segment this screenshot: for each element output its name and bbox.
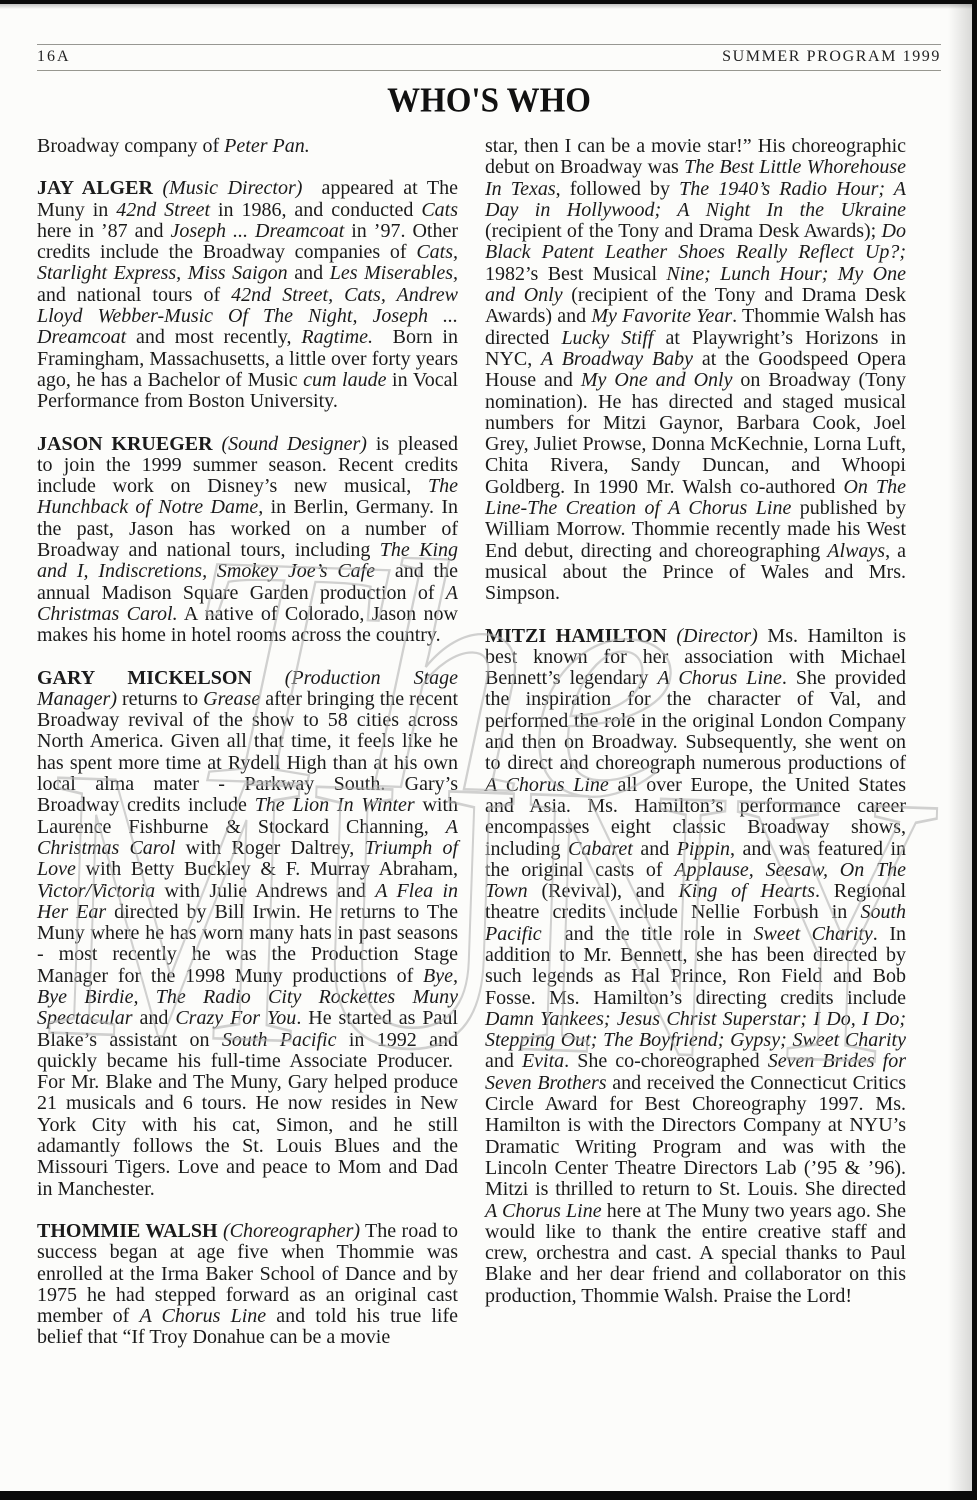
right-column: star, then I can be a movie star!” His c…: [485, 136, 906, 1307]
bio-paragraph: JAY ALGER (Music Director) appeared at T…: [37, 178, 458, 412]
page-number: 16A: [37, 48, 71, 66]
scan-edge-top: [0, 0, 977, 4]
scan-edge-bottom: [0, 1491, 977, 1500]
bio-paragraph: MITZI HAMILTON (Director) Ms. Hamilton i…: [485, 626, 906, 1308]
scan-shadow-top: [0, 4, 977, 9]
program-page: 16A SUMMER PROGRAM 1999 WHO'S WHO The MU…: [0, 0, 977, 1500]
bio-paragraph: Broadway company of Peter Pan.: [37, 136, 458, 157]
bio-paragraph: GARY MICKELSON (Production Stage Manager…: [37, 668, 458, 1200]
bio-paragraph: THOMMIE WALSH (Choreographer) The road t…: [37, 1221, 458, 1349]
running-head: 16A SUMMER PROGRAM 1999: [37, 44, 941, 71]
left-column: Broadway company of Peter Pan.JAY ALGER …: [37, 136, 458, 1349]
bio-paragraph: JASON KRUEGER (Sound Designer) is please…: [37, 434, 458, 647]
scan-shadow-right: [948, 0, 972, 1500]
program-edition: SUMMER PROGRAM 1999: [722, 48, 941, 66]
bio-paragraph: star, then I can be a movie star!” His c…: [485, 136, 906, 605]
scan-edge-right: [972, 0, 977, 1500]
page-title: WHO'S WHO: [37, 82, 941, 121]
